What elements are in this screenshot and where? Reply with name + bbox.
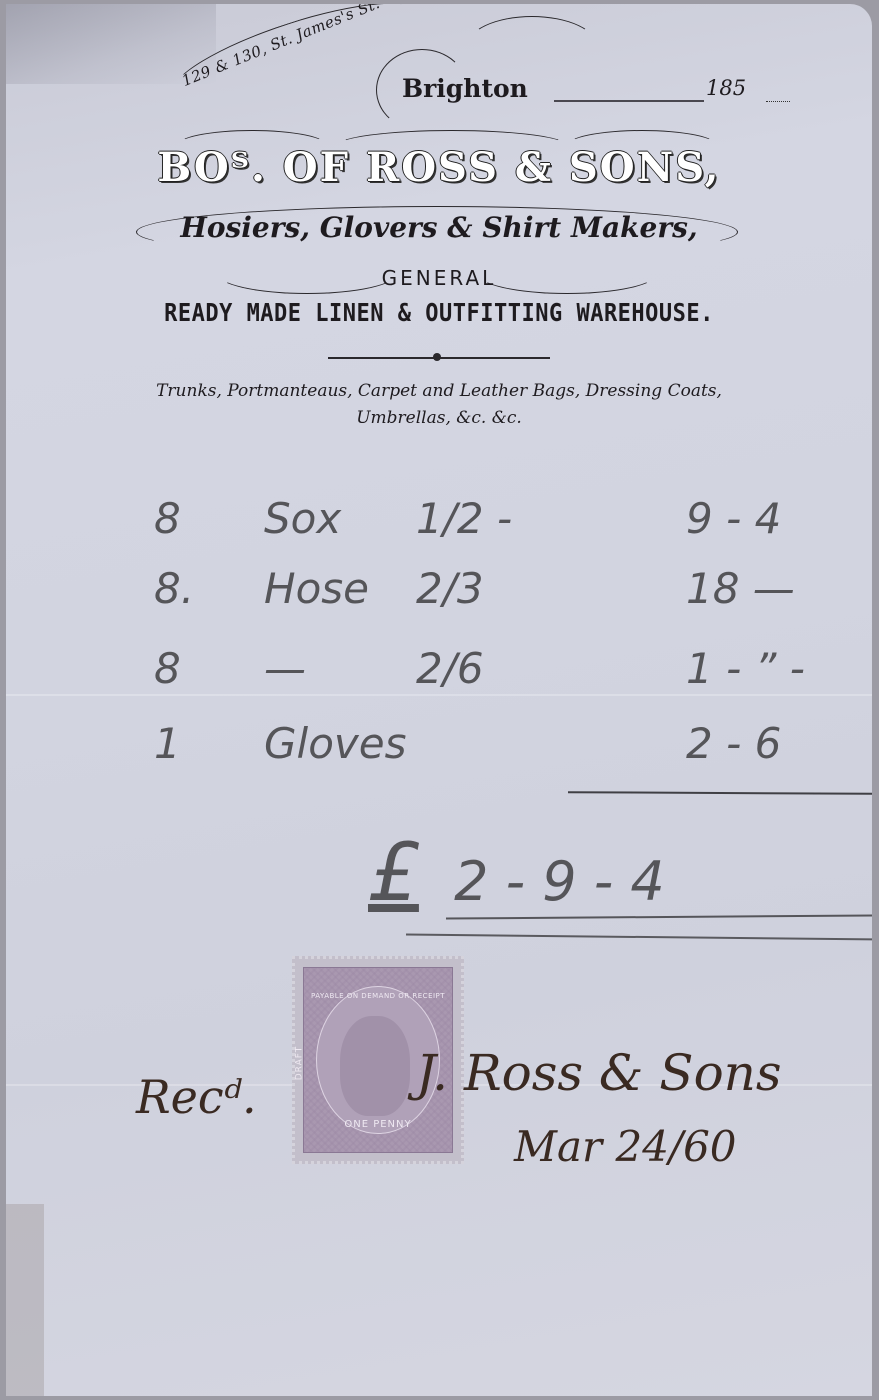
year-prefix: 185 bbox=[706, 76, 746, 100]
goods-list-line1: Trunks, Portmanteaus, Carpet and Leather… bbox=[6, 381, 872, 401]
item-qty: 1 bbox=[154, 719, 181, 768]
flourish-scroll bbox=[466, 16, 598, 78]
line-item: 8 Sox 1/2 - 9 - 4 bbox=[6, 494, 872, 554]
line-item: 8 — 2/6 1 - ” - bbox=[6, 644, 872, 704]
received-label: Recᵈ. bbox=[136, 1070, 257, 1124]
item-desc: — bbox=[264, 644, 306, 693]
item-amount: 2 - 6 bbox=[686, 719, 781, 768]
general-label: GENERAL bbox=[6, 266, 872, 290]
item-qty: 8. bbox=[154, 564, 194, 613]
total-rule-double bbox=[406, 934, 872, 941]
item-desc: Sox bbox=[264, 494, 341, 543]
stamp-text-bottom: ONE PENNY bbox=[304, 1119, 452, 1130]
item-rate: 1/2 - bbox=[416, 494, 512, 543]
invoice-paper: 129 & 130, St. James's St. Brighton 185 … bbox=[6, 4, 872, 1396]
company-trade: Hosiers, Glovers & Shirt Makers, bbox=[6, 211, 872, 244]
item-amount: 1 - ” - bbox=[686, 644, 805, 693]
queen-portrait-icon bbox=[340, 1016, 410, 1116]
item-rate: 2/6 bbox=[416, 644, 484, 693]
item-qty: 8 bbox=[154, 644, 181, 693]
paper-edge-strip bbox=[6, 1204, 44, 1396]
item-desc: Hose bbox=[264, 564, 369, 613]
stamp-text-top: PAYABLE ON DEMAND OR RECEIPT bbox=[304, 992, 452, 1000]
subtotal-rule bbox=[568, 791, 872, 795]
line-item: 1 Gloves 2 - 6 bbox=[6, 719, 872, 779]
pound-sign: £ bbox=[368, 826, 419, 919]
item-rate: 2/3 bbox=[416, 564, 484, 613]
item-desc: Gloves bbox=[264, 719, 407, 768]
date-line bbox=[554, 100, 704, 102]
city-name: Brighton bbox=[402, 74, 528, 103]
stamp-text-left: DRAFT bbox=[294, 1046, 304, 1081]
year-line bbox=[766, 101, 790, 102]
line-item: 8. Hose 2/3 18 — bbox=[6, 564, 872, 624]
goods-list-line2: Umbrellas, &c. &c. bbox=[6, 408, 872, 428]
total-value: 2 - 9 - 4 bbox=[454, 850, 665, 913]
item-amount: 18 — bbox=[686, 564, 795, 613]
invoice-total: £ 2 - 9 - 4 bbox=[368, 826, 665, 919]
warehouse-line: READY MADE LINEN & OUTFITTING WAREHOUSE. bbox=[6, 299, 872, 328]
item-qty: 8 bbox=[154, 494, 181, 543]
item-amount: 9 - 4 bbox=[686, 494, 781, 543]
divider-ornament bbox=[433, 353, 441, 361]
company-title: BOᵀ. OF ROSS & SONS, bbox=[6, 144, 872, 191]
receipt-date: Mar 24/60 bbox=[514, 1122, 737, 1171]
merchant-signature: J. Ross & Sons bbox=[416, 1044, 782, 1102]
